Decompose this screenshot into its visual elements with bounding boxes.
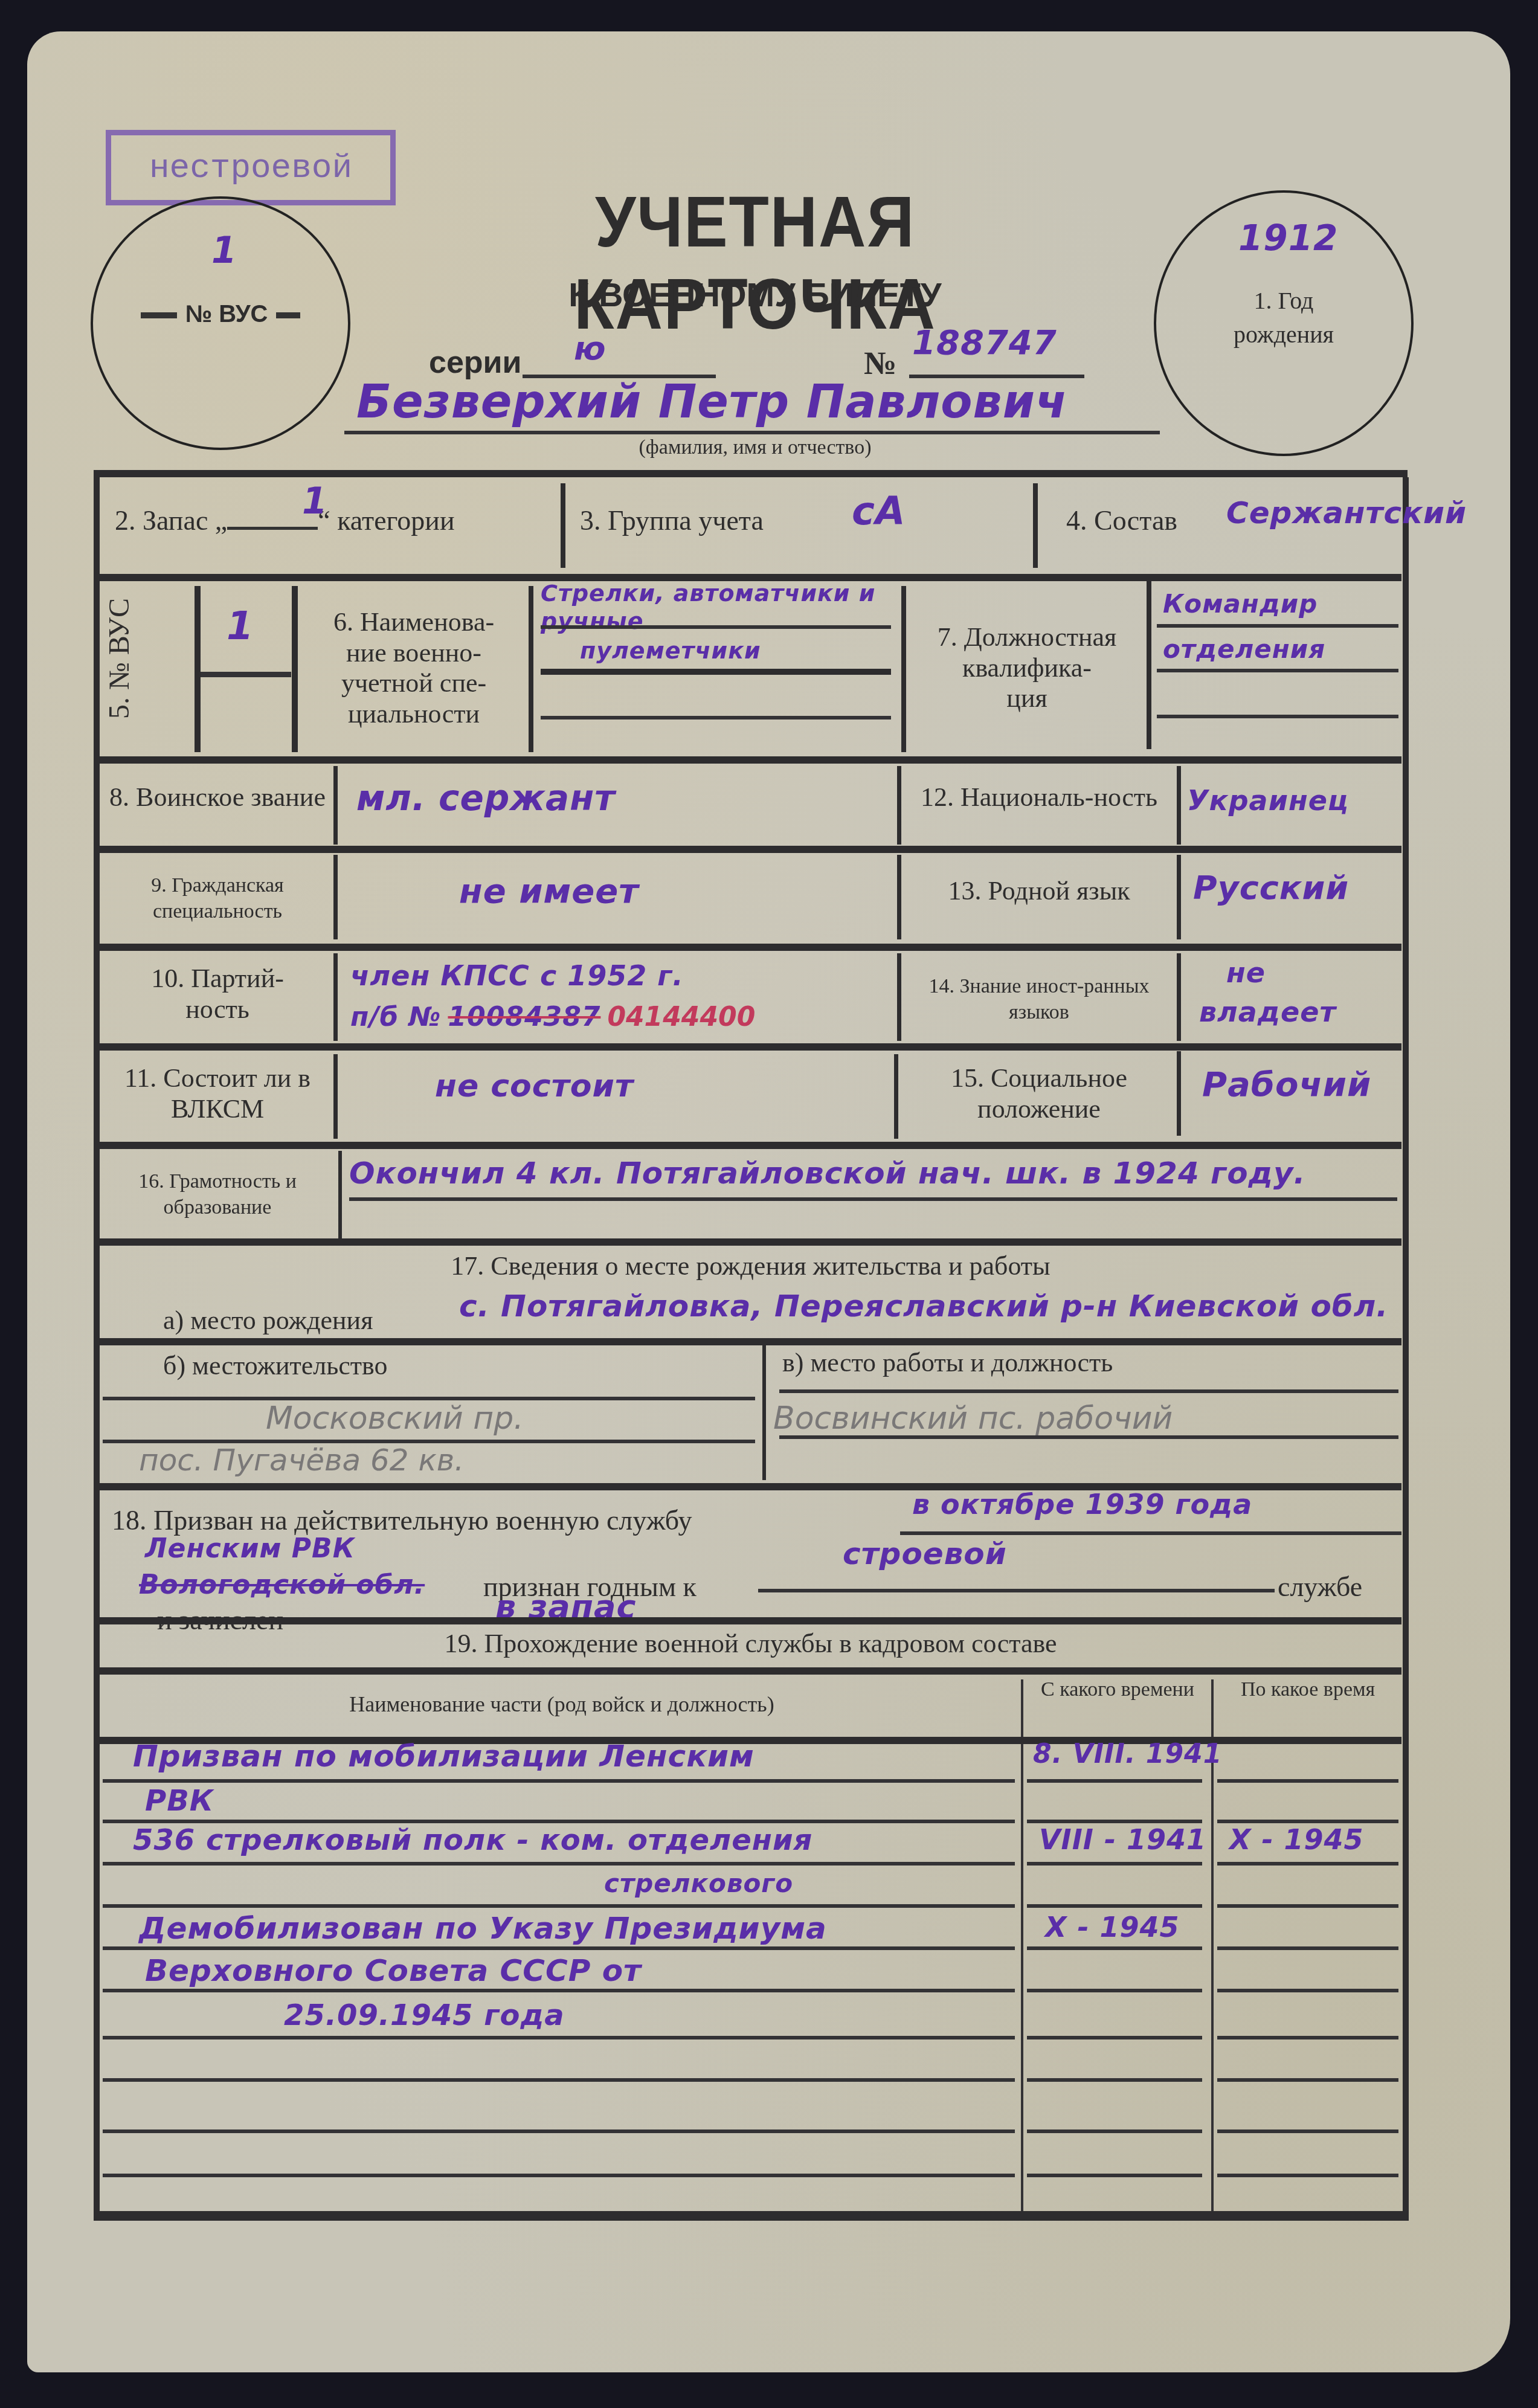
birth-year-label-1: 1. Год bbox=[1178, 284, 1389, 318]
service-row-unit: 536 стрелковый полк - ком. отделения bbox=[133, 1824, 812, 1856]
row2-divider-qual-value bbox=[1147, 580, 1151, 749]
residence-value-1: Московский пр. bbox=[266, 1402, 524, 1436]
full-name-underline bbox=[344, 431, 1160, 434]
row4-divider-3 bbox=[1177, 855, 1181, 939]
reserve-category-label: 2. Запас „“ категории bbox=[115, 504, 455, 536]
fit-value: строевой bbox=[843, 1537, 1007, 1571]
service-row-unit: РВК bbox=[145, 1785, 214, 1817]
row7-divider bbox=[338, 1151, 342, 1241]
section19-title-bottom bbox=[100, 1667, 1401, 1675]
row-line bbox=[103, 2078, 1015, 2082]
vus-label-text: № ВУС bbox=[185, 301, 268, 327]
frame-left bbox=[94, 470, 100, 2216]
work-value: Восвинский пс. рабочий bbox=[773, 1402, 1173, 1436]
qualification-line-2 bbox=[1157, 669, 1398, 672]
row1-divider-2 bbox=[1033, 483, 1038, 568]
row3-divider-1 bbox=[333, 766, 338, 845]
frame-right bbox=[1403, 477, 1409, 2211]
specialty-value-2: пулеметчики bbox=[580, 637, 761, 664]
fit-suffix: службе bbox=[1278, 1571, 1362, 1603]
nonmilitary-stamp: нестроевой bbox=[106, 130, 396, 205]
row-line bbox=[1217, 1779, 1398, 1783]
party-card-line: п/б № 10084387 04144400 bbox=[350, 1003, 755, 1032]
education-line bbox=[349, 1197, 1397, 1201]
specialty-label: 6. Наименова-ние военно-учетной спе-циал… bbox=[305, 607, 523, 729]
qualification-line-3 bbox=[1157, 715, 1398, 718]
party-label: 10. Партий-ность bbox=[121, 964, 314, 1025]
row1-divider-1 bbox=[561, 483, 565, 568]
row-line bbox=[1027, 1862, 1202, 1866]
number-value: 188747 bbox=[912, 323, 1057, 362]
service-row-to: X - 1945 bbox=[1229, 1824, 1364, 1855]
section18-bottom bbox=[100, 1617, 1401, 1624]
nationality-label: 12. Националь-ность bbox=[906, 782, 1172, 813]
specialty-line-3 bbox=[541, 716, 891, 720]
series-value: ю bbox=[574, 329, 607, 367]
called-date-line bbox=[900, 1531, 1401, 1535]
row3-divider-2 bbox=[897, 766, 901, 845]
vus-number-value: 1 bbox=[227, 604, 254, 649]
row-line bbox=[103, 2036, 1015, 2039]
birthplace-value: с. Потягайловка, Переяславский р-н Киевс… bbox=[459, 1290, 1388, 1323]
row6-divider-1 bbox=[333, 1054, 338, 1139]
full-name-caption: (фамилия, имя и отчество) bbox=[526, 436, 985, 459]
qualification-value-1: Командир bbox=[1163, 589, 1318, 619]
fit-line bbox=[758, 1589, 1275, 1592]
row4-bottom bbox=[100, 944, 1401, 951]
called-by-region: Вологодской обл. bbox=[139, 1571, 425, 1600]
account-group-value: сА bbox=[852, 489, 906, 534]
full-name-value: Безверхий Петр Павлович bbox=[356, 375, 1067, 428]
party-card-old-number: 10084387 bbox=[448, 1002, 600, 1032]
row3-bottom bbox=[100, 846, 1401, 853]
work-label: в) место работы и должность bbox=[782, 1347, 1113, 1378]
row-line bbox=[1027, 1946, 1202, 1950]
birth-year-value: 1912 bbox=[1238, 217, 1338, 259]
civil-specialty-label: 9. Гражданская специальность bbox=[103, 873, 332, 924]
row-line bbox=[1217, 2174, 1398, 2177]
row-line bbox=[103, 2174, 1015, 2177]
col-unit-header: Наименование части (род войск и должност… bbox=[103, 1692, 1021, 1717]
reserve-prefix: 2. Запас „ bbox=[115, 505, 227, 536]
section18-title: 18. Призван на действительную военную сл… bbox=[112, 1504, 692, 1536]
row-line bbox=[1027, 2036, 1202, 2039]
service-row-unit: Демобилизован по Указу Президиума bbox=[139, 1912, 827, 1945]
row-line bbox=[1217, 2036, 1398, 2039]
row7-bottom bbox=[100, 1238, 1401, 1246]
page-subtitle: К ВОЕННОМУ БИЛЕТУ bbox=[423, 275, 1087, 314]
row2-bottom bbox=[100, 756, 1401, 764]
row4-divider-1 bbox=[333, 855, 338, 939]
foreign-languages-value-2: владеет bbox=[1199, 997, 1336, 1028]
row6-bottom bbox=[100, 1142, 1401, 1149]
qualification-label: 7. Должностнаяквалифика-ция bbox=[909, 622, 1145, 714]
called-by-value: Ленским РВК bbox=[145, 1534, 355, 1563]
social-status-value: Рабочий bbox=[1202, 1066, 1371, 1104]
col-divider-1 bbox=[1021, 1679, 1023, 2211]
qualification-value-2: отделения bbox=[1163, 634, 1325, 664]
row-line bbox=[1217, 1946, 1398, 1950]
reserve-suffix: “ категории bbox=[318, 505, 454, 536]
col-from-header: С какого времени bbox=[1030, 1676, 1205, 1703]
row-line bbox=[1027, 2078, 1202, 2082]
row-line bbox=[1217, 1989, 1398, 1992]
vus-number-label: 5. № ВУС bbox=[103, 550, 136, 719]
row2-divider-spec-value bbox=[529, 586, 533, 752]
section17-title: 17. Сведения о месте рождения жительства… bbox=[100, 1251, 1401, 1281]
specialty-line-1 bbox=[541, 625, 891, 629]
row-line bbox=[1027, 1904, 1202, 1908]
birthplace-label: а) место рождения bbox=[163, 1305, 373, 1336]
military-rank-value: мл. сержант bbox=[356, 779, 616, 818]
row5-divider-2 bbox=[897, 953, 901, 1041]
row2-divider-spec-label bbox=[292, 586, 298, 752]
composition-value: Сержантский bbox=[1226, 495, 1467, 530]
row-line bbox=[103, 1904, 1015, 1908]
komsomol-label: 11. Состоит ли в ВЛКСМ bbox=[103, 1063, 332, 1124]
row4-divider-2 bbox=[897, 855, 901, 939]
row-line bbox=[1217, 2078, 1398, 2082]
vus-value-underline bbox=[201, 672, 291, 677]
vus-circle-label: № ВУС bbox=[118, 301, 323, 328]
row5-bottom bbox=[100, 1043, 1401, 1051]
service-row-unit: стрелкового bbox=[604, 1870, 793, 1898]
row2-divider-vus bbox=[195, 586, 201, 752]
social-status-label: 15. Социальное положение bbox=[912, 1063, 1166, 1124]
section19-title: 19. Прохождение военной службы в кадрово… bbox=[100, 1628, 1401, 1659]
service-row-unit: 25.09.1945 года bbox=[284, 2000, 565, 2032]
service-row-unit: Призван по мобилизации Ленским bbox=[133, 1740, 755, 1773]
komsomol-value: не состоит bbox=[435, 1069, 634, 1104]
row-line bbox=[1217, 1904, 1398, 1908]
row-line bbox=[103, 1862, 1015, 1866]
row-line bbox=[1027, 1779, 1202, 1783]
row5-divider-3 bbox=[1177, 953, 1181, 1041]
called-date-value: в октябре 1939 года bbox=[912, 1489, 1252, 1520]
birthplace-bottom bbox=[100, 1338, 1401, 1345]
service-row-unit: Верховного Совета СССР от bbox=[145, 1954, 642, 1988]
qualification-line-1 bbox=[1157, 624, 1398, 628]
party-value-1: член КПСС с 1952 г. bbox=[350, 961, 684, 991]
work-line-2 bbox=[779, 1435, 1398, 1439]
civil-specialty-value: не имеет bbox=[459, 873, 639, 910]
vus-circle-value: 1 bbox=[211, 230, 237, 272]
section17-split bbox=[762, 1344, 766, 1480]
row-line bbox=[1027, 2130, 1202, 2133]
specialty-line-2 bbox=[541, 669, 891, 675]
residence-value-2: пос. Пугачёва 62 кв. bbox=[139, 1444, 464, 1477]
education-label: 16. Грамотность и образование bbox=[103, 1169, 332, 1220]
reserve-category-value: 1 bbox=[302, 480, 328, 523]
service-row-from: VIII - 1941 bbox=[1039, 1824, 1206, 1855]
native-language-label: 13. Родной язык bbox=[906, 876, 1172, 907]
service-row-from: X - 1945 bbox=[1045, 1912, 1180, 1943]
row6-divider-3 bbox=[1177, 1051, 1181, 1136]
composition-label: 4. Состав bbox=[1066, 504, 1177, 536]
birth-year-label: 1. Год рождения bbox=[1178, 284, 1389, 352]
party-card-new-number: 04144400 bbox=[607, 1002, 755, 1032]
row2-divider-qual-label bbox=[901, 586, 906, 752]
foreign-languages-label: 14. Знание иност-ранных языков bbox=[918, 974, 1160, 1025]
birth-year-label-2: рождения bbox=[1178, 318, 1389, 352]
row-line bbox=[1217, 2130, 1398, 2133]
row3-divider-3 bbox=[1177, 766, 1181, 845]
residence-label: б) местожительство bbox=[163, 1350, 388, 1381]
row-line bbox=[1027, 2174, 1202, 2177]
row5-divider-1 bbox=[333, 953, 338, 1041]
row-line bbox=[103, 1779, 1015, 1783]
row-line bbox=[1217, 1862, 1398, 1866]
education-value: Окончил 4 кл. Потягайловской нач. шк. в … bbox=[349, 1157, 1306, 1190]
party-card-prefix: п/б № bbox=[350, 1002, 441, 1032]
nationality-value: Украинец bbox=[1187, 785, 1349, 816]
row-line bbox=[103, 2130, 1015, 2133]
military-rank-label: 8. Воинское звание bbox=[103, 782, 332, 813]
row-line bbox=[103, 1989, 1015, 1992]
account-group-label: 3. Группа учета bbox=[580, 504, 764, 536]
frame-bottom bbox=[94, 2211, 1409, 2221]
page-title: УЧЕТНАЯ КАРТОЧКА bbox=[449, 181, 1061, 346]
frame-top bbox=[94, 470, 1408, 477]
row6-divider-2 bbox=[894, 1054, 898, 1139]
row-line bbox=[103, 1946, 1015, 1950]
row-line bbox=[1027, 1989, 1202, 1992]
work-line-1 bbox=[779, 1389, 1398, 1393]
col-to-header: По какое время bbox=[1220, 1676, 1395, 1703]
native-language-value: Русский bbox=[1193, 870, 1349, 906]
service-row-from: 8. VIII. 1941 bbox=[1033, 1740, 1222, 1769]
stamp-text: нестроевой bbox=[149, 149, 352, 187]
foreign-languages-value-1: не bbox=[1226, 958, 1266, 988]
